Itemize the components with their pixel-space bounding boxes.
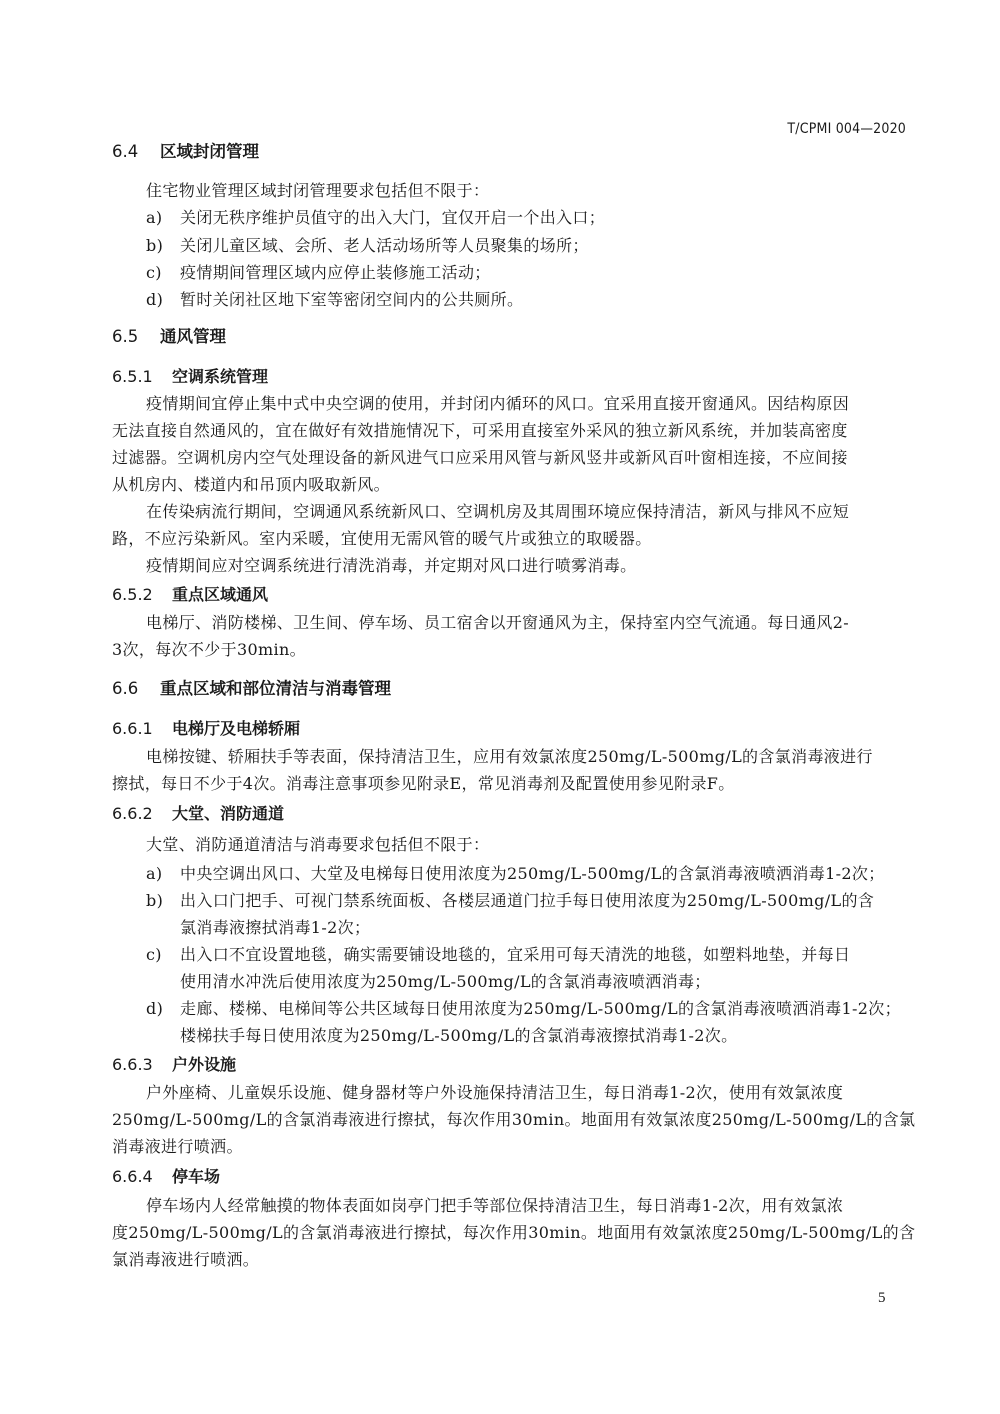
- list-item: c)疫情期间管理区域内应停止装修施工活动；: [146, 262, 491, 284]
- paragraph-line: 250mg/L-500mg/L的含氯消毒液进行擦拭，每次作用30min。地面用有…: [112, 1109, 915, 1131]
- paragraph-line: 在传染病流行期间，空调通风系统新风口、空调机房及其周围环境应保持清洁，新风与排风…: [146, 501, 849, 523]
- list-item-continuation: 楼梯扶手每日使用浓度为250mg/L-500mg/L的含氯消毒液擦拭消毒1-2次…: [180, 1025, 737, 1047]
- document-page: T/CPMI 004—2020 6.4区域封闭管理 住宅物业管理区域封闭管理要求…: [0, 0, 1000, 1414]
- paragraph-line: 擦拭，每日不少于4次。消毒注意事项参见附录E，常见消毒剂及配置使用参见附录F。: [112, 773, 735, 795]
- section-heading-6-6-2: 6.6.2大堂、消防通道: [112, 803, 284, 825]
- list-item: a)中央空调出风口、大堂及电梯每日使用浓度为250mg/L-500mg/L的含氯…: [146, 863, 885, 885]
- section-intro: 住宅物业管理区域封闭管理要求包括但不限于：: [146, 180, 489, 202]
- section-heading-6-6-3: 6.6.3户外设施: [112, 1054, 236, 1076]
- section-intro: 大堂、消防通道清洁与消毒要求包括但不限于：: [146, 834, 489, 856]
- section-heading-6-4: 6.4区域封闭管理: [112, 141, 259, 163]
- paragraph-line: 从机房内、楼道内和吊顶内吸取新风。: [112, 474, 390, 496]
- paragraph-line: 无法直接自然通风的，宜在做好有效措施情况下，可采用直接室外采风的独立新风系统，并…: [112, 420, 848, 442]
- list-item-continuation: 使用清水冲洗后使用浓度为250mg/L-500mg/L的含氯消毒液喷洒消毒；: [180, 971, 711, 993]
- section-heading-6-5: 6.5通风管理: [112, 326, 226, 348]
- list-item: b)关闭儿童区域、会所、老人活动场所等人员聚集的场所；: [146, 235, 589, 257]
- paragraph-line: 氯消毒液进行喷洒。: [112, 1249, 259, 1271]
- paragraph-line: 度250mg/L-500mg/L的含氯消毒液进行擦拭，每次作用30min。地面用…: [112, 1222, 915, 1244]
- list-item: d)走廊、楼梯、电梯间等公共区域每日使用浓度为250mg/L-500mg/L的含…: [146, 998, 901, 1020]
- paragraph-line: 过滤器。空调机房内空气处理设备的新风进气口应采用风管与新风竖井或新风百叶窗相连接…: [112, 447, 848, 469]
- section-heading-6-5-2: 6.5.2重点区域通风: [112, 584, 268, 606]
- paragraph-line: 3次，每次不少于30min。: [112, 639, 306, 661]
- document-code: T/CPMI 004—2020: [787, 121, 906, 137]
- list-item-continuation: 氯消毒液擦拭消毒1-2次；: [180, 917, 370, 939]
- paragraph-line: 电梯厅、消防楼梯、卫生间、停车场、员工宿舍以开窗通风为主，保持室内空气流通。每日…: [146, 612, 849, 634]
- list-item: b)出入口门把手、可视门禁系统面板、各楼层通道门拉手每日使用浓度为250mg/L…: [146, 890, 874, 912]
- paragraph-line: 停车场内人经常触摸的物体表面如岗亭门把手等部位保持清洁卫生，每日消毒1-2次，用…: [146, 1195, 843, 1217]
- paragraph-line: 疫情期间宜停止集中式中央空调的使用，并封闭内循环的风口。宜采用直接开窗通风。因结…: [146, 393, 849, 415]
- list-item: a)关闭无秩序维护员值守的出入大门，宜仅开启一个出入口；: [146, 207, 605, 229]
- list-item: c)出入口不宜设置地毯，确实需要铺设地毯的，宜采用可每天清洗的地毯，如塑料地垫，…: [146, 944, 850, 966]
- paragraph-line: 疫情期间应对空调系统进行清洗消毒，并定期对风口进行喷雾消毒。: [146, 555, 637, 577]
- section-heading-6-5-1: 6.5.1空调系统管理: [112, 366, 268, 388]
- paragraph-line: 电梯按键、轿厢扶手等表面，保持清洁卫生，应用有效氯浓度250mg/L-500mg…: [146, 746, 873, 768]
- paragraph-line: 消毒液进行喷洒。: [112, 1136, 243, 1158]
- section-heading-6-6-4: 6.6.4停车场: [112, 1166, 220, 1188]
- section-heading-6-6-1: 6.6.1电梯厅及电梯轿厢: [112, 718, 300, 740]
- paragraph-line: 路，不应污染新风。室内采暖，宜使用无需风管的暖气片或独立的取暖器。: [112, 528, 652, 550]
- page-number: 5: [878, 1290, 886, 1307]
- paragraph-line: 户外座椅、儿童娱乐设施、健身器材等户外设施保持清洁卫生，每日消毒1-2次，使用有…: [146, 1082, 843, 1104]
- list-item: d)暂时关闭社区地下室等密闭空间内的公共厕所。: [146, 289, 523, 311]
- section-heading-6-6: 6.6重点区域和部位清洁与消毒管理: [112, 678, 391, 700]
